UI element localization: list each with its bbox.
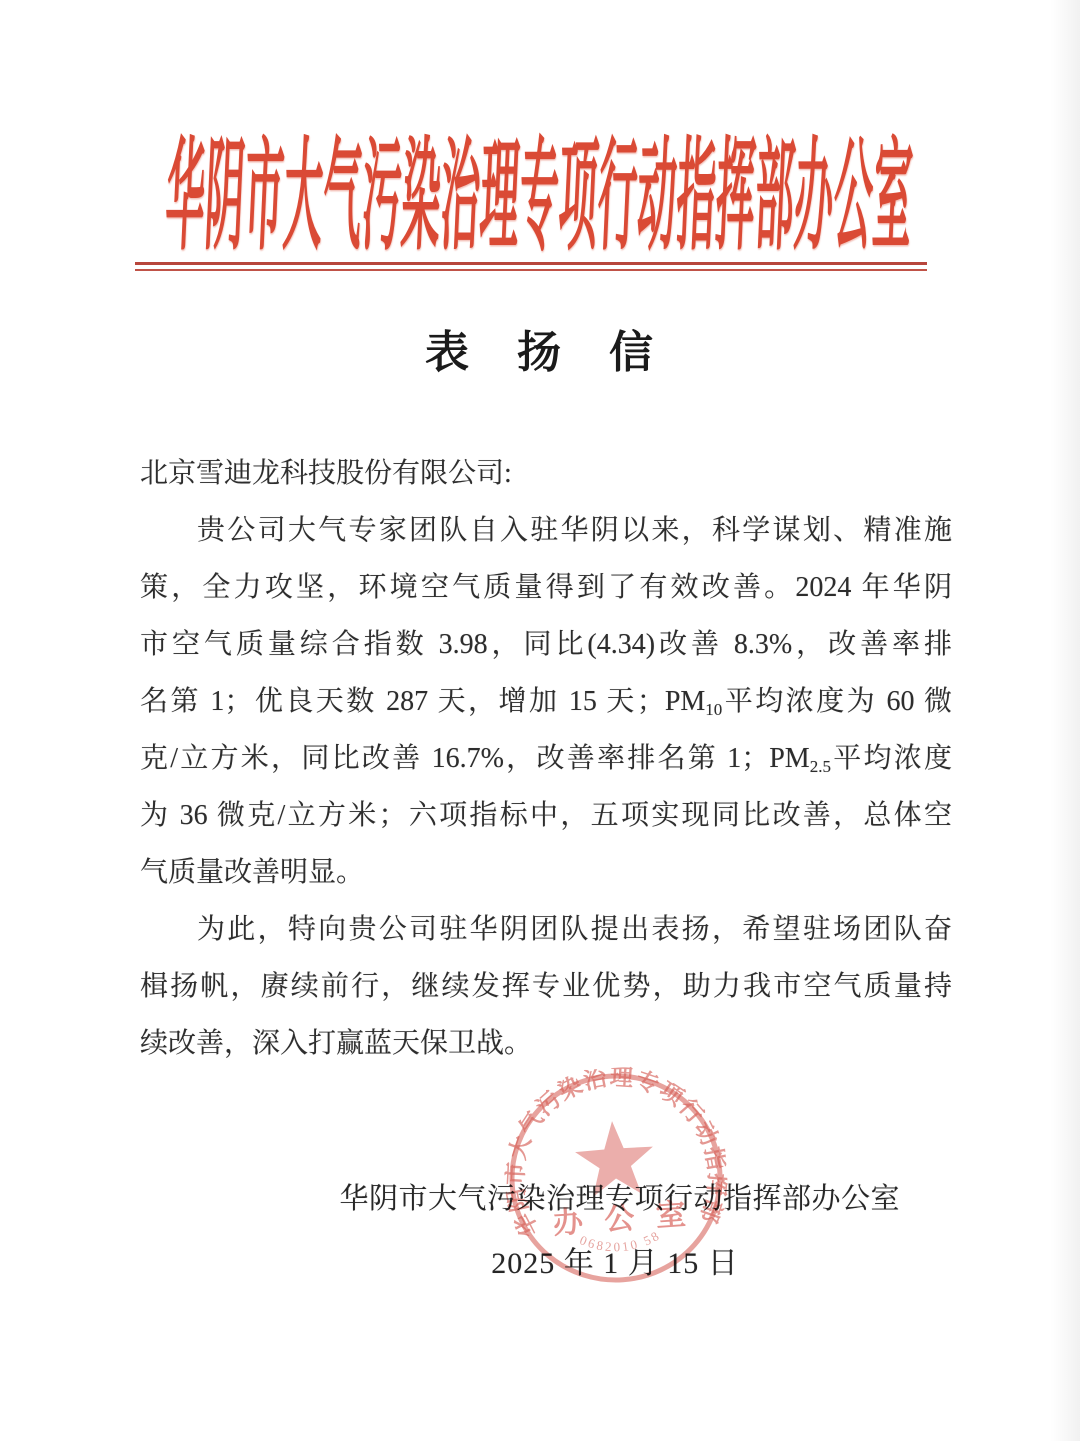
rule-thick — [135, 262, 927, 265]
rule-thin — [135, 269, 927, 271]
signature-date: 2025 年 1 月 15 日 — [330, 1238, 900, 1282]
body-line-2: 策，全力攻坚，环境空气质量得到了有效改善。2024 年华阴 — [140, 559, 952, 616]
body-line-5: 克/立方米，同比改善 16.7%，改善率排名第 1；PM2.5平均浓度 — [140, 730, 952, 787]
letter-title: 表 扬 信 — [0, 322, 1080, 384]
pm25-subscript: 2.5 — [810, 757, 831, 776]
recipient-line: 北京雪迪龙科技股份有限公司: — [140, 445, 952, 502]
body-line-5-post: 平均浓度 — [831, 743, 952, 774]
body-line-4-post: 平均浓度为 60 微 — [722, 686, 952, 717]
body-line-6: 为 36 微克/立方米；六项指标中，五项实现同比改善，总体空 — [140, 787, 952, 844]
signature-org: 华阴市大气污染治理专项行动指挥部办公室 — [0, 1176, 900, 1217]
body-line-3: 市空气质量综合指数 3.98，同比(4.34)改善 8.3%，改善率排 — [140, 616, 952, 673]
letterhead-double-rule — [135, 262, 927, 271]
body-line-7: 气质量改善明显。 — [140, 844, 952, 901]
commendation-letter-page: 华阴市大气污染治理专项行动指挥部办公室 表 扬 信 北京雪迪龙科技股份有限公司:… — [0, 0, 1080, 1441]
letterhead: 华阴市大气污染治理专项行动指挥部办公室 — [0, 118, 1080, 256]
body-line-10: 续改善，深入打赢蓝天保卫战。 — [140, 1015, 952, 1072]
body-line-5-pre: 克/立方米，同比改善 16.7%，改善率排名第 1；PM — [140, 743, 810, 774]
body-line-8: 为此，特向贵公司驻华阴团队提出表扬，希望驻场团队奋 — [140, 901, 952, 958]
body-line-4-pre: 名第 1；优良天数 287 天，增加 15 天；PM — [140, 686, 705, 717]
body-line-9: 楫扬帆，赓续前行，继续发挥专业优势，助力我市空气质量持 — [140, 958, 952, 1015]
letterhead-org-name: 华阴市大气污染治理专项行动指挥部办公室 — [163, 100, 917, 274]
body-line-4: 名第 1；优良天数 287 天，增加 15 天；PM10平均浓度为 60 微 — [140, 673, 952, 730]
body-line-1: 贵公司大气专家团队自入驻华阴以来，科学谋划、精准施 — [140, 502, 952, 559]
letter-body: 北京雪迪龙科技股份有限公司: 贵公司大气专家团队自入驻华阴以来，科学谋划、精准施… — [140, 445, 952, 1072]
pm10-subscript: 10 — [705, 700, 722, 719]
